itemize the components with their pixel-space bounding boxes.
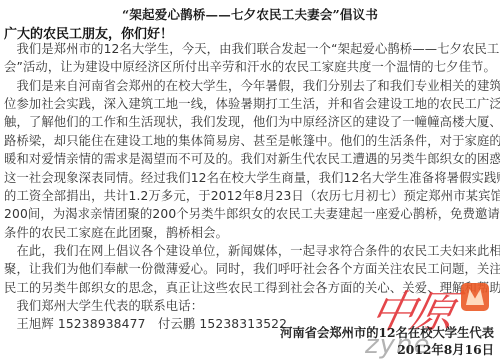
body-line: 会”活动，让为建设中原经济区所付出辛劳和汗水的农民工家庭共度一个温情的七夕佳节。 xyxy=(4,58,498,76)
body-line: 触，了解他们的工作和生活现状，我们发现，他们为中原经济区的建设了一幢幢高楼大厦、… xyxy=(4,113,498,131)
body-line: 我们是郑州市的12名大学生，今天，由我们联合发起一个“架起爱心鹊桥——七夕农民工… xyxy=(4,40,498,58)
body-line: 在此，我们在网上倡议各个建设单位，新闻媒体，一起寻求符合条件的农民工夫妇来此相 xyxy=(4,242,498,260)
body-line: 这一社会现象深表同情。经过我们12名在校大学生商量，我们12名大学生准备将暑假实… xyxy=(4,169,498,187)
body-line: 的工资全部捐出，共计1.2万多元，于2012年8月23日（农历七月初七）预定郑州… xyxy=(4,187,498,205)
body-line: 200间，为渴求亲情团聚的200个另类牛郎织女的农民工夫妻建起一座爱心鹊桥，免费… xyxy=(4,205,498,223)
document-title: “架起爱心鹊桥——七夕农民工夫妻会”倡议书 xyxy=(0,5,500,23)
signature-date: 2012年8月16日 xyxy=(397,340,494,358)
watermark-logo-icon xyxy=(461,283,489,311)
signature: 河南省会郑州市的12名在校大学生代表 xyxy=(280,323,494,341)
body-line: 暖和对爱情亲情的需求是渴望而不可及的。我们对新生代农民工遭遇的另类牛郎织女的困惑… xyxy=(4,150,498,168)
body-line: 条件的农民工家庭在此团聚，鹊桥相会。 xyxy=(4,224,498,242)
body-line: 位参加社会实践，深入建筑工地一线，体验暑期打工生活，并和省会建设工地的农民工广泛… xyxy=(4,95,498,113)
proposal-document: “架起爱心鹊桥——七夕农民工夫妻会”倡议书 广大的农民工朋友，你们好！ 我们是郑… xyxy=(0,0,500,362)
body-line: 路桥梁，却只能住在建设工地的集体简易房、甚至是帐篷中。他们的生活条件，对于家庭的… xyxy=(4,132,498,150)
body-line: 我们是来自河南省会郑州的在校大学生，今年暑假，我们分别去了和我们专业相关的建筑单 xyxy=(4,77,498,95)
